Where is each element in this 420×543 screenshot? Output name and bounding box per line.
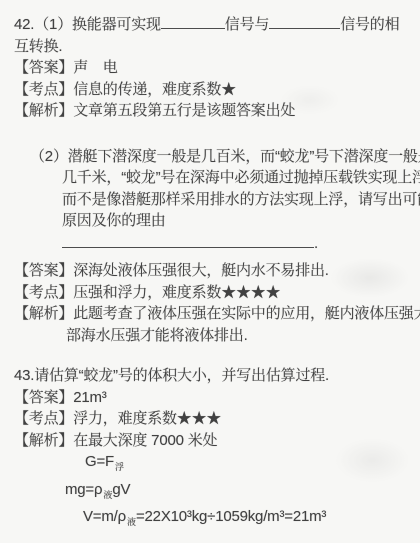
answer-label: 【答案】: [14, 389, 73, 406]
question-43-section: 43.请估算“蛟龙”号的体积大小，并写出估算过程. 【答案】21m³ 【考点】浮…: [14, 365, 414, 534]
points-text: 浮力，难度系数★★★: [73, 410, 221, 427]
answer-label: 【答案】: [14, 262, 73, 279]
points-row: 【考点】信息的传递，难度系数★: [14, 79, 414, 101]
text-segment: G=F: [85, 453, 114, 470]
answer-text: 21m³: [73, 389, 106, 406]
analysis-label: 【解析】: [14, 432, 73, 449]
analysis-label: 【解析】: [14, 102, 73, 119]
question-42-part1-section: 42.（1）换能器可实现信号与信号的相 互转换. 【答案】声 电 【考点】信息的…: [14, 13, 414, 122]
question-42-2-text-line2: 几千米，“蛟龙”号在深海中必须通过抛掉压载铁实现上浮，: [62, 167, 414, 189]
fill-in-blank-line: [161, 13, 225, 29]
question-42-1-text-line1: 42.（1）换能器可实现信号与信号的相: [14, 13, 414, 36]
question-42-part2-section: （2）潜艇下潜深度一般是几百米，而“蛟龙”号下潜深度一般是 几千米，“蛟龙”号在…: [14, 146, 414, 347]
answer-row: 【答案】21m³: [14, 387, 414, 409]
text-segment: 信号的相: [340, 16, 399, 33]
answer-row: 【答案】深海处液体压强很大，艇内水不易排出.: [14, 260, 414, 282]
formula-gravity-buoyancy: G=F浮: [85, 451, 414, 479]
formula-mg-rho-gv: mg=ρ液gV: [65, 479, 414, 507]
text-segment: =22X10³kg÷1059kg/m³=21m³: [136, 508, 326, 525]
points-label: 【考点】: [14, 284, 73, 301]
question-42-2-text-line3: 而不是像潜艇那样采用排水的方法实现上浮，请写出可能的: [62, 189, 414, 211]
question-42-2-text-line1: （2）潜艇下潜深度一般是几百米，而“蛟龙”号下潜深度一般是: [62, 146, 414, 168]
answer-label: 【答案】: [14, 59, 73, 76]
question-42-1-text-line2: 互转换.: [14, 36, 414, 58]
fill-in-blank-line: [269, 13, 340, 29]
text-segment: gV: [112, 481, 130, 498]
points-text: 信息的传递，难度系数★: [73, 81, 236, 98]
analysis-row: 【解析】文章第五段第五行是该题答案出处: [14, 100, 414, 122]
text-segment: 42.（1）换能器可实现: [14, 16, 161, 33]
analysis-text: 在最大深度 7000 米处: [73, 432, 217, 449]
points-text: 压强和浮力，难度系数★★★★: [73, 284, 280, 301]
question-43-text: 43.请估算“蛟龙”号的体积大小，并写出估算过程.: [14, 365, 414, 387]
formula-subscript: 液: [103, 490, 112, 500]
analysis-row: 【解析】此题考查了液体压强在实际中的应用，艇内液体压强大于外: [14, 303, 414, 325]
text-segment: V=m/ρ: [83, 508, 126, 525]
points-label: 【考点】: [14, 410, 73, 427]
answer-text: 深海处液体压强很大，艇内水不易排出.: [73, 262, 329, 279]
blank-period: .: [314, 235, 318, 252]
points-row: 【考点】浮力，难度系数★★★: [14, 408, 414, 430]
text-segment: 信号与: [225, 16, 269, 33]
analysis-label: 【解析】: [14, 305, 73, 322]
points-row: 【考点】压强和浮力，难度系数★★★★: [14, 282, 414, 304]
text-segment: mg=ρ: [65, 481, 102, 498]
points-label: 【考点】: [14, 81, 73, 98]
answer-text: 声 电: [73, 59, 117, 76]
analysis-row: 【解析】在最大深度 7000 米处: [14, 430, 414, 452]
question-42-2-text-line4: 原因及你的理由: [62, 210, 414, 232]
answer-blank-row: .: [62, 232, 414, 255]
answer-row: 【答案】声 电: [14, 57, 414, 79]
analysis-text-line2: 部海水压强才能将液体排出.: [66, 325, 414, 347]
analysis-text-line1: 此题考查了液体压强在实际中的应用，艇内液体压强大于外: [73, 305, 420, 322]
analysis-text: 文章第五段第五行是该题答案出处: [73, 102, 295, 119]
exam-answer-document-page: 42.（1）换能器可实现信号与信号的相 互转换. 【答案】声 电 【考点】信息的…: [0, 0, 420, 543]
formula-subscript: 液: [127, 517, 136, 527]
answer-blank-line: [62, 232, 314, 248]
formula-volume-calculation: V=m/ρ液=22X10³kg÷1059kg/m³=21m³: [83, 506, 414, 534]
formula-subscript: 浮: [115, 462, 124, 472]
